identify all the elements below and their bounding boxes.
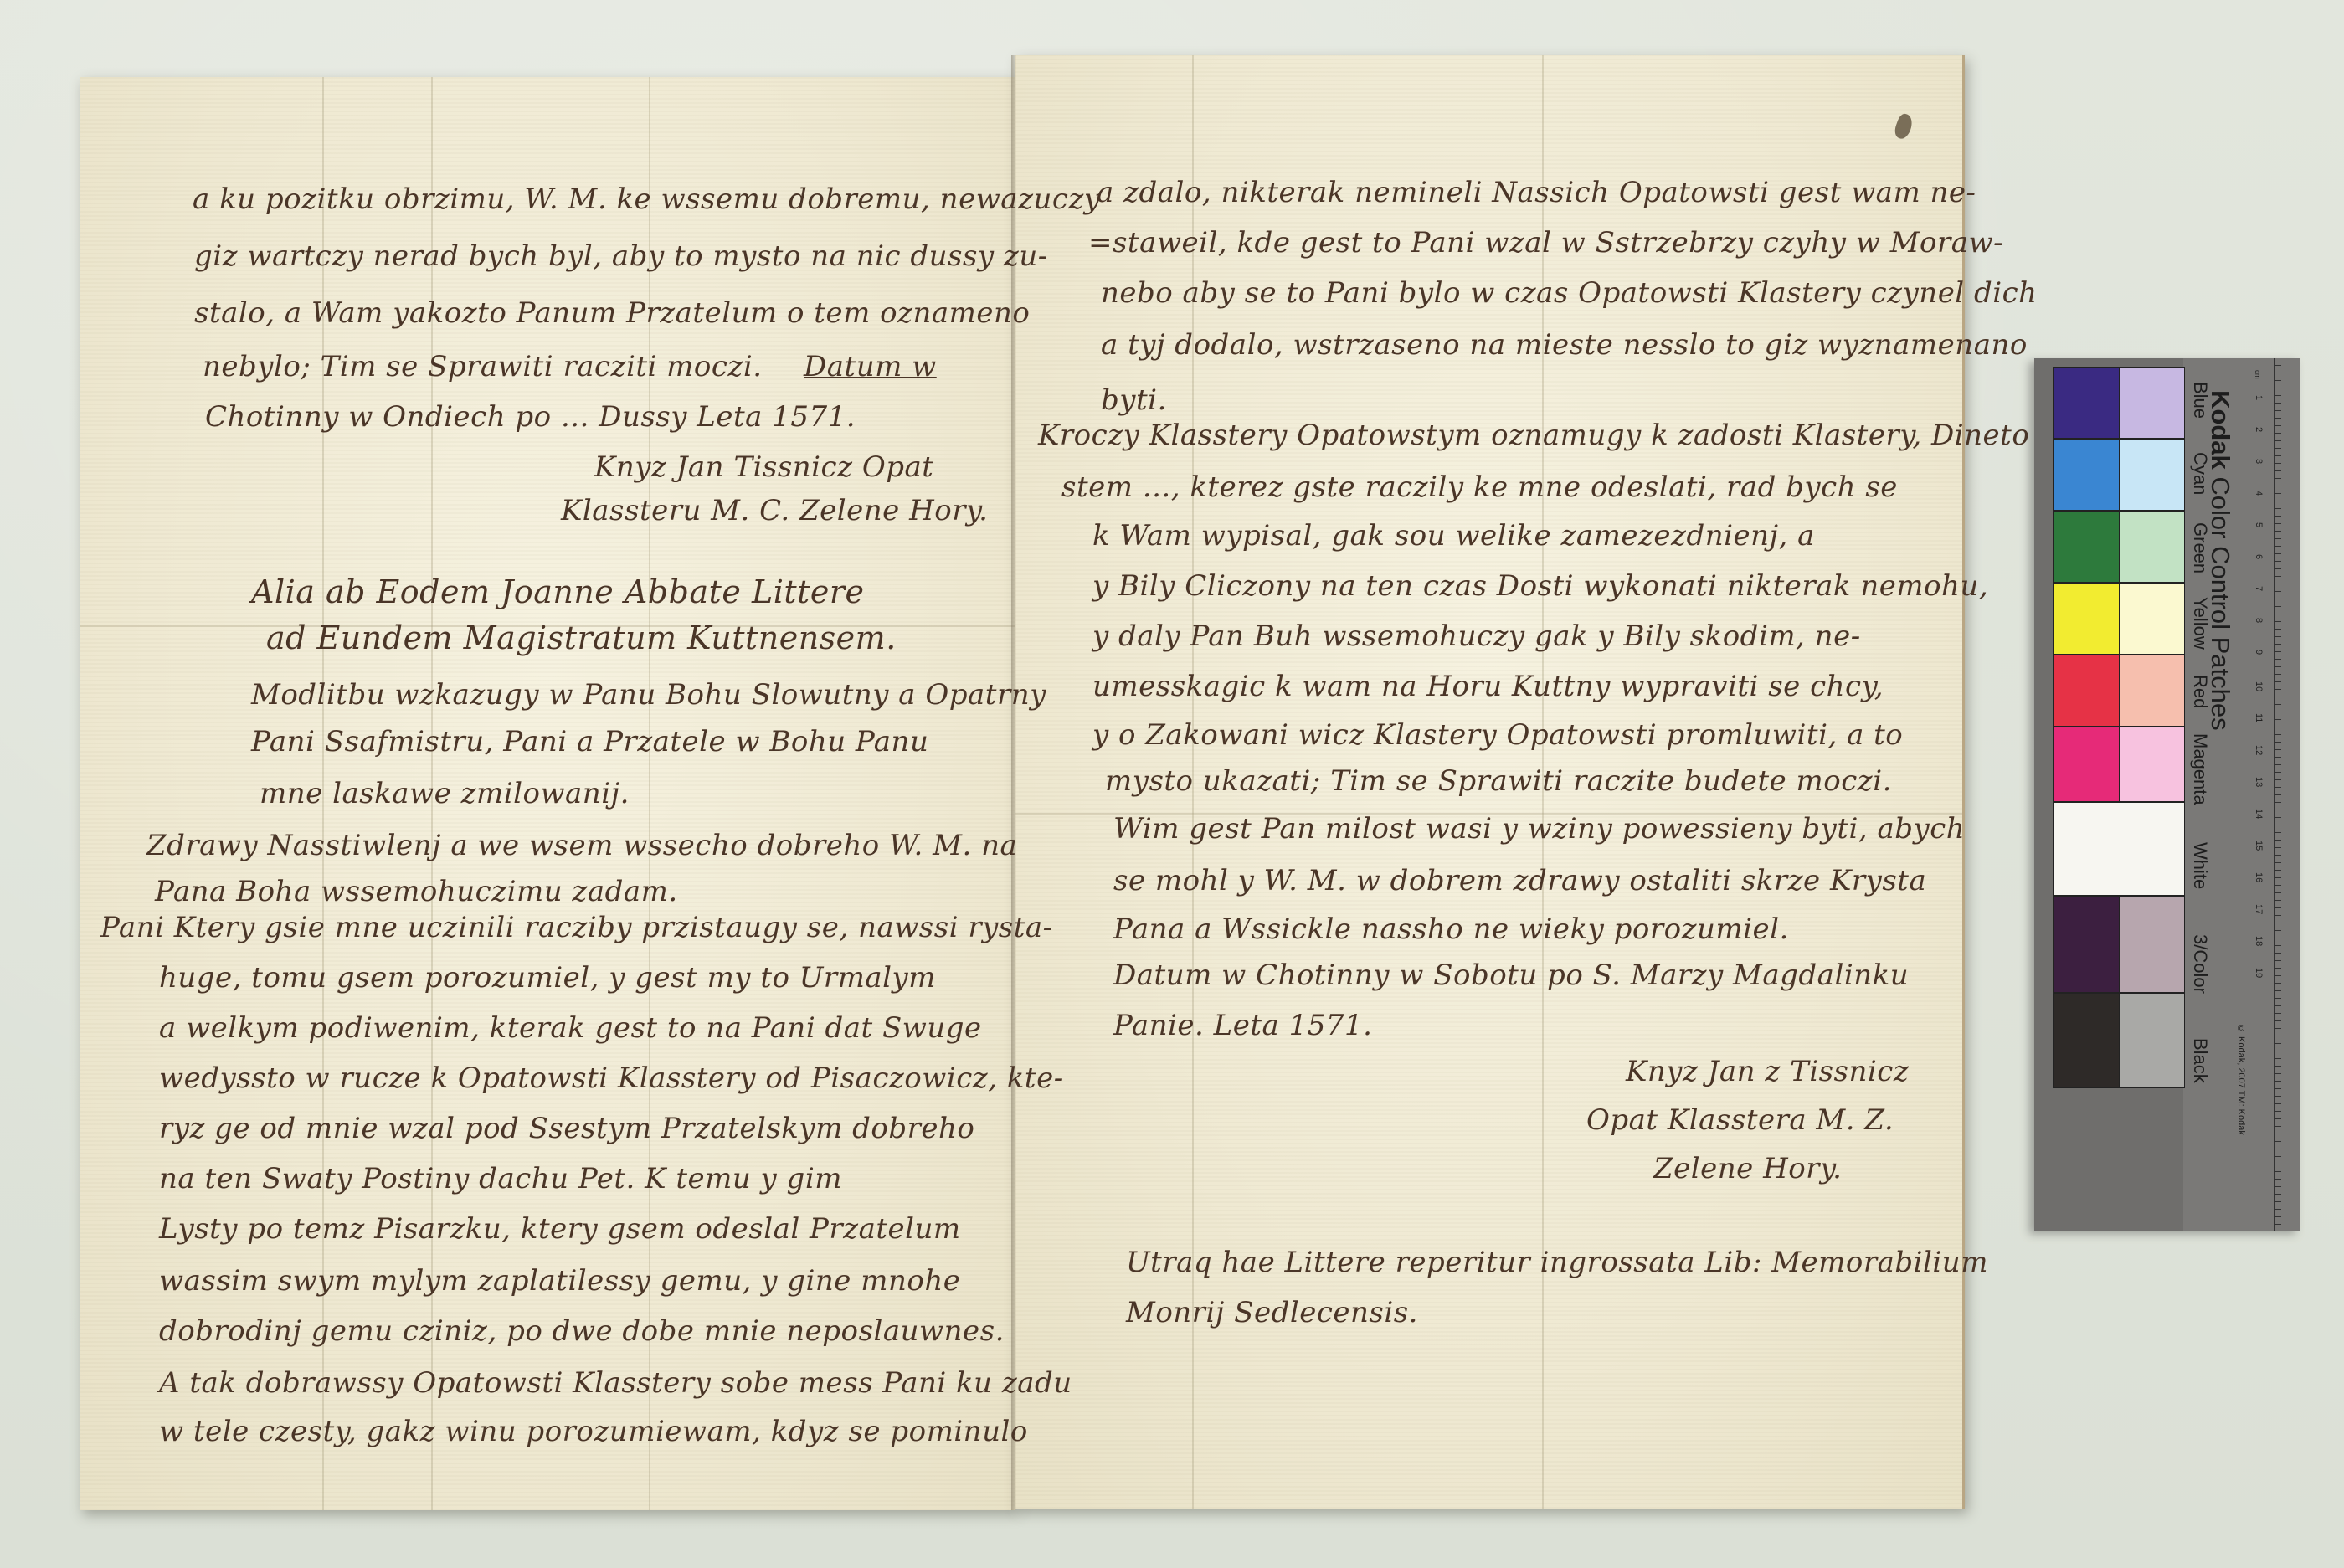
label-3color: 3/Color xyxy=(2189,934,2211,994)
text-line: nebylo; Tim se Sprawiti racziti moczi. xyxy=(203,350,763,383)
text-line: dobrodinj gemu cziniz, po dwe dobe mnie … xyxy=(159,1314,1005,1348)
ruler-tick: 1 xyxy=(2254,395,2264,400)
patch-red-light xyxy=(2120,655,2185,727)
measurement-ruler xyxy=(2274,358,2293,1231)
ruler-tick: 16 xyxy=(2254,872,2264,882)
patch-green-dark xyxy=(2053,511,2120,583)
text-line: Pana Boha wssemohuczimu zadam. xyxy=(155,875,678,908)
patch-white xyxy=(2053,802,2185,896)
text-line: k Wam wypisal, gak sou welike zamezezdni… xyxy=(1092,519,1815,553)
signature-line: Klassteru M. C. Zelene Hory. xyxy=(561,494,988,527)
text-line: giz wartczy nerad bych byl, aby to mysto… xyxy=(194,239,1048,273)
text-line: mysto ukazati; Tim se Sprawiti raczite b… xyxy=(1105,764,1892,798)
ruler-tick: 10 xyxy=(2254,681,2264,691)
text-line: a welkym podiwenim, kterak gest to na Pa… xyxy=(159,1011,982,1045)
ruler-tick: 11 xyxy=(2254,713,2264,722)
label-magenta: Magenta xyxy=(2189,733,2211,805)
ruler-tick: 12 xyxy=(2254,745,2264,755)
text-line: stalo, a Wam yakozto Panum Przatelum o t… xyxy=(194,296,1030,330)
ruler-tick: 6 xyxy=(2254,554,2264,559)
text-line: stem ..., kterez gste raczily ke mne ode… xyxy=(1061,470,1898,504)
ruler-tick: 14 xyxy=(2254,809,2264,819)
text-line: nebo aby se to Pani bylo w czas Opatowst… xyxy=(1101,276,2038,310)
text-line: wedyssto w rucze k Opatowsti Klasstery o… xyxy=(159,1062,1064,1095)
datum-label: Datum w xyxy=(804,350,937,383)
ruler-tick: 19 xyxy=(2254,968,2264,978)
ruler-tick: 3 xyxy=(2254,459,2264,464)
text-line: na ten Swaty Postiny dachu Pet. K temu y… xyxy=(159,1162,842,1195)
patch-yellow-light xyxy=(2120,583,2185,655)
date-line: Datum w Chotinny w Sobotu po S. Marzy Ma… xyxy=(1113,959,1909,992)
date-line: Chotinny w Ondiech po ... Dussy Leta 157… xyxy=(205,400,856,434)
text-line: a tyj dodalo, wstrzaseno na mieste nessl… xyxy=(1101,328,2028,362)
patch-magenta-light xyxy=(2120,727,2185,802)
date-line: Panie. Leta 1571. xyxy=(1113,1009,1372,1042)
patch-cyan-dark xyxy=(2053,439,2120,511)
text-line: a zdalo, nikterak nemineli Nassich Opato… xyxy=(1097,176,1976,209)
label-black: Black xyxy=(2189,1038,2211,1083)
text-line: Pani Ktery gsie mne uczinili racziby prz… xyxy=(100,911,1053,944)
ruler-tick: 17 xyxy=(2254,904,2264,914)
text-line: a ku pozitku obrzimu, W. M. ke wssemu do… xyxy=(193,183,1101,216)
salutation-line: mne laskawe zmilowanij. xyxy=(260,777,630,810)
text-line: Pana a Wssickle nassho ne wieky porozumi… xyxy=(1113,913,1789,946)
text-line: Zdrawy Nasstiwlenj a we wsem wssecho dob… xyxy=(146,829,1017,862)
text-line: wassim swym mylym zaplatilessy gemu, y g… xyxy=(159,1264,960,1298)
text-line: A tak dobrawssy Opatowsti Klasstery sobe… xyxy=(159,1366,1072,1400)
text-line: se mohl y W. M. w dobrem zdrawy ostaliti… xyxy=(1113,864,1926,897)
ruler-tick: 13 xyxy=(2254,777,2264,787)
signature-line: Opat Klasstera M. Z. xyxy=(1586,1103,1894,1137)
label-cyan: Cyan xyxy=(2189,452,2211,495)
label-yellow: Yellow xyxy=(2189,597,2211,650)
ruler-tick: 9 xyxy=(2254,650,2264,655)
text-line: y o Zakowani wicz Klastery Opatowsti pro… xyxy=(1092,718,1903,752)
text-line: ryz ge od mnie wzal pod Ssestym Przatels… xyxy=(159,1112,974,1145)
ruler-tick: 18 xyxy=(2254,936,2264,946)
salutation-line: Modlitbu wzkazugy w Panu Bohu Slowutny a… xyxy=(251,678,1046,712)
text-line: =staweil, kde gest to Pani wzal w Sstrze… xyxy=(1088,226,2003,260)
kodak-copyright: © Kodak, 2007 TM: Kodak xyxy=(2236,1024,2246,1135)
patch-black-light xyxy=(2120,993,2185,1088)
page-gutter xyxy=(1011,55,1016,1510)
ruler-tick: 15 xyxy=(2254,841,2264,851)
text-line: y daly Pan Buh wssemohuczy gak y Bily sk… xyxy=(1092,619,1861,653)
text-line: huge, tomu gsem porozumiel, y gest my to… xyxy=(159,961,936,995)
ruler-tick: 5 xyxy=(2254,522,2264,527)
label-blue: Blue xyxy=(2189,382,2211,419)
text-line: umesskagic k wam na Horu Kuttny wypravit… xyxy=(1092,670,1884,703)
patch-cyan-light xyxy=(2120,439,2185,511)
patch-blue-light xyxy=(2120,367,2185,439)
text-line: Wim gest Pan milost wasi y wziny powessi… xyxy=(1113,812,1965,846)
patch-3color-dark xyxy=(2053,896,2120,993)
patch-3color-light xyxy=(2120,896,2185,993)
ruler-tick: 2 xyxy=(2254,427,2264,432)
signature-line: Zelene Hory. xyxy=(1653,1152,1842,1185)
text-line: Lysty po temz Pisarzku, ktery gsem odesl… xyxy=(159,1212,961,1246)
patch-yellow-dark xyxy=(2053,583,2120,655)
ruler-tick: 4 xyxy=(2254,491,2264,496)
latin-heading: Alia ab Eodem Joanne Abbate Littere xyxy=(251,573,865,610)
text-line: Kroczy Klasstery Opatowstym oznamugy k z… xyxy=(1038,419,2091,452)
latin-heading: ad Eundem Magistratum Kuttnensem. xyxy=(266,619,897,656)
ruler-tick: 7 xyxy=(2254,586,2264,591)
label-green: Green xyxy=(2189,522,2211,573)
label-white: White xyxy=(2189,842,2211,889)
kodak-color-chart: Kodak Color Control Patches Blue Cyan Gr… xyxy=(2034,358,2300,1231)
archival-annotation: Utraq hae Littere reperitur ingrossata L… xyxy=(1126,1246,1988,1279)
text-line: w tele czesty, gakz winu porozumiewam, k… xyxy=(159,1415,1028,1448)
signature-line: Knyz Jan Tissnicz Opat xyxy=(594,450,933,484)
patch-green-light xyxy=(2120,511,2185,583)
archival-annotation: Monrij Sedlecensis. xyxy=(1126,1296,1418,1329)
salutation-line: Pani Ssafmistru, Pani a Przatele w Bohu … xyxy=(251,725,928,758)
patch-blue-dark xyxy=(2053,367,2120,439)
text-line: byti. xyxy=(1101,383,1167,417)
signature-line: Knyz Jan z Tissnicz xyxy=(1626,1055,1909,1088)
patch-red-dark xyxy=(2053,655,2120,727)
label-red: Red xyxy=(2189,675,2211,708)
ruler-tick: 8 xyxy=(2254,618,2264,623)
patch-magenta-dark xyxy=(2053,727,2120,802)
ruler-unit-cm: cm xyxy=(2254,370,2261,379)
text-line: y Bily Cliczony na ten czas Dosti wykona… xyxy=(1092,569,1988,603)
patch-black-dark xyxy=(2053,993,2120,1088)
